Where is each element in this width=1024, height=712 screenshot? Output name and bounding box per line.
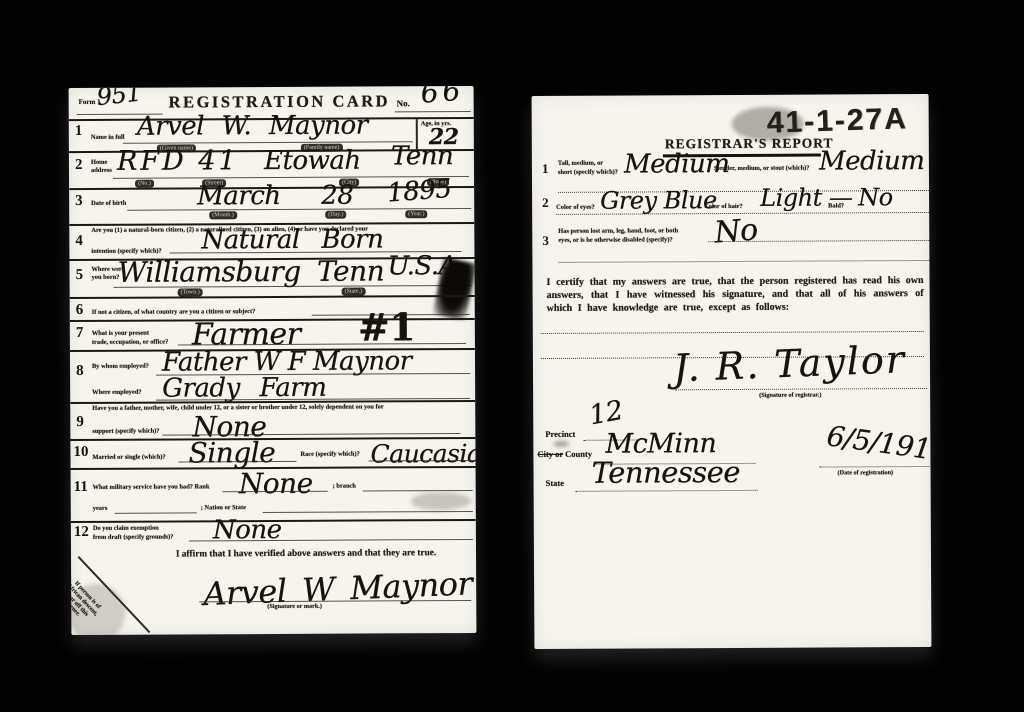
r3-bottom-line xyxy=(558,260,929,263)
r2-label-hair: Color of hair? xyxy=(704,203,743,210)
r2-label-eyes: Color of eyes? xyxy=(556,204,595,211)
q6-number: 6 xyxy=(76,303,84,318)
r1-label-build: Slender, medium, or stout (which)? xyxy=(714,165,810,173)
q2-value-state: Tenn xyxy=(391,143,453,169)
q3-sub-year: (Year.) xyxy=(405,210,427,218)
registrar-signature: J. R. Taylor xyxy=(672,340,906,387)
r3-answer-line xyxy=(708,240,929,242)
r1-label-line1: Tall, medium, or xyxy=(558,160,603,167)
q11-answer-line-nation xyxy=(263,511,473,513)
q5-value: Williamsburg Tenn xyxy=(117,257,384,286)
registrars-report-card: 41-1-27A REGISTRAR'S REPORT 1 Tall, medi… xyxy=(532,94,932,649)
q7-answer-line xyxy=(178,343,466,346)
q2-value-city: Etowah xyxy=(264,148,361,175)
q5-sub-state: (State.) xyxy=(342,288,366,296)
signature-caption: (Signature or mark.) xyxy=(267,604,322,611)
precinct-label: Precinct xyxy=(545,430,575,440)
q5-number: 5 xyxy=(76,268,84,283)
county-label-struck-part: City or xyxy=(537,449,563,459)
q5-sub-town: (Town.) xyxy=(178,288,203,296)
q10-label-married: Married or single (which)? xyxy=(92,454,165,461)
no-label: No. xyxy=(397,99,410,109)
q11-answer-line-years xyxy=(115,512,197,513)
q12-label-line1: Do you claim exemption xyxy=(93,525,159,532)
q8-value-where: Grady Farm xyxy=(162,375,326,402)
serial-handwritten: 951 xyxy=(95,86,142,109)
r2-number: 2 xyxy=(542,196,549,209)
q8-label-by: By whom employed? xyxy=(92,363,149,370)
q7-annotation: #1 xyxy=(358,308,415,346)
q11-value-rank: None xyxy=(239,470,313,498)
r1-value-build: Medium xyxy=(819,148,925,175)
q1-answer-line xyxy=(123,141,413,144)
q9-answer-line xyxy=(162,433,460,436)
q1-value: Arvel W. Maynor xyxy=(137,112,368,139)
r3-value: No xyxy=(713,215,758,248)
r1-number: 1 xyxy=(542,162,549,175)
q7-label-line1: What is your present xyxy=(92,330,149,337)
q7-value: Farmer xyxy=(192,320,301,351)
r2-label-bald: Bald? xyxy=(828,202,844,209)
card-title: REGISTRATION CARD xyxy=(169,92,391,111)
q7-label-line2: trade, occupation, or office? xyxy=(92,339,168,346)
county-label-part: County xyxy=(565,449,592,459)
row5-separator xyxy=(70,295,475,299)
q1-number: 1 xyxy=(75,124,83,139)
registration-date: 6/5/1917 xyxy=(825,422,931,466)
q2-number: 2 xyxy=(75,158,83,173)
county-label: City or County xyxy=(537,450,592,460)
r3-label-line2: eyes, or is he otherwise disabled (speci… xyxy=(558,236,672,244)
q4-label-line2: intention (specify which)? xyxy=(91,248,161,255)
r2-value-eyes: Grey Blue xyxy=(600,188,717,213)
q3-number: 3 xyxy=(75,194,83,209)
precinct-value: 12 xyxy=(587,397,625,430)
no-value: 66 xyxy=(420,86,466,108)
q10-value-race: Caucasian xyxy=(370,441,476,467)
q10-value-married: Single xyxy=(188,439,275,467)
date-line xyxy=(819,466,931,468)
q11-answer-line-branch xyxy=(363,490,473,492)
q1-label: Name in full xyxy=(91,134,125,141)
q8-value-by: Father W F Maynor xyxy=(162,348,412,375)
no-underline xyxy=(395,111,471,112)
q9-number: 9 xyxy=(76,415,84,430)
q4-number: 4 xyxy=(75,234,83,249)
q9-label-line2: support (specify which)? xyxy=(92,428,159,435)
q3-value-year: 1895 xyxy=(386,176,452,207)
q7-number: 7 xyxy=(76,326,84,341)
registrant-signature: Arvel W Maynor xyxy=(203,567,473,610)
r2-value-bald: No xyxy=(858,185,893,209)
pencil-smudge xyxy=(411,492,471,510)
date-caption: (Date of registration) xyxy=(838,470,894,477)
certification-text: I certify that my answers are true, that… xyxy=(546,274,923,315)
q6-label: If not a citizen, of what country are yo… xyxy=(92,308,256,316)
q3-value-month: March xyxy=(197,183,280,209)
q11-label-years: years xyxy=(93,505,108,512)
q10-label-race: Race (specify which)? xyxy=(300,451,359,458)
state-value: Tennessee xyxy=(591,458,740,488)
q11-label-nation: ; Nation or State xyxy=(201,504,246,511)
q3-value-day: 28 xyxy=(321,183,353,209)
q8-number: 8 xyxy=(76,364,84,379)
registration-card: Form 1 951 REGISTRATION CARD No. 66 Age,… xyxy=(69,86,477,635)
scanned-draft-cards: Form 1 951 REGISTRATION CARD No. 66 Age,… xyxy=(0,0,1024,712)
state-line xyxy=(576,490,758,492)
r3-number: 3 xyxy=(542,234,549,247)
county-value: McMinn xyxy=(605,430,716,458)
affirmation-text: I affirm that I have verified above answ… xyxy=(141,548,471,560)
q3-sub-day: (Day.) xyxy=(325,211,346,219)
q12-number: 12 xyxy=(74,525,89,540)
q12-label-line2: from draft (specify grounds)? xyxy=(93,534,174,541)
q4-value: Natural Born xyxy=(201,226,383,253)
precinct-smudge xyxy=(553,441,569,447)
q10-number: 10 xyxy=(73,445,88,460)
registrar-signature-line xyxy=(675,388,927,390)
r1-label-line2: short (specify which)? xyxy=(558,169,618,176)
q2-sub-no: (No.) xyxy=(135,180,154,188)
r3-label-line1: Has person lost arm, leg, hand, foot, or… xyxy=(558,227,678,235)
q11-number: 11 xyxy=(74,480,88,495)
blank-line-1 xyxy=(541,331,924,334)
q11-label-rank: What military service have you had? Rank xyxy=(93,483,210,491)
q11-label-branch: ; branch xyxy=(333,483,356,490)
q3-sub-month: (Month.) xyxy=(209,211,237,219)
registrar-signature-caption: (Signature of registrar.) xyxy=(759,393,821,400)
state-label: State xyxy=(546,479,564,488)
q12-answer-line xyxy=(189,539,473,541)
q3-label: Date of birth xyxy=(91,200,126,207)
q8-label-where: Where employed? xyxy=(92,389,141,396)
q2-value-no: RFD 41 xyxy=(117,147,239,175)
